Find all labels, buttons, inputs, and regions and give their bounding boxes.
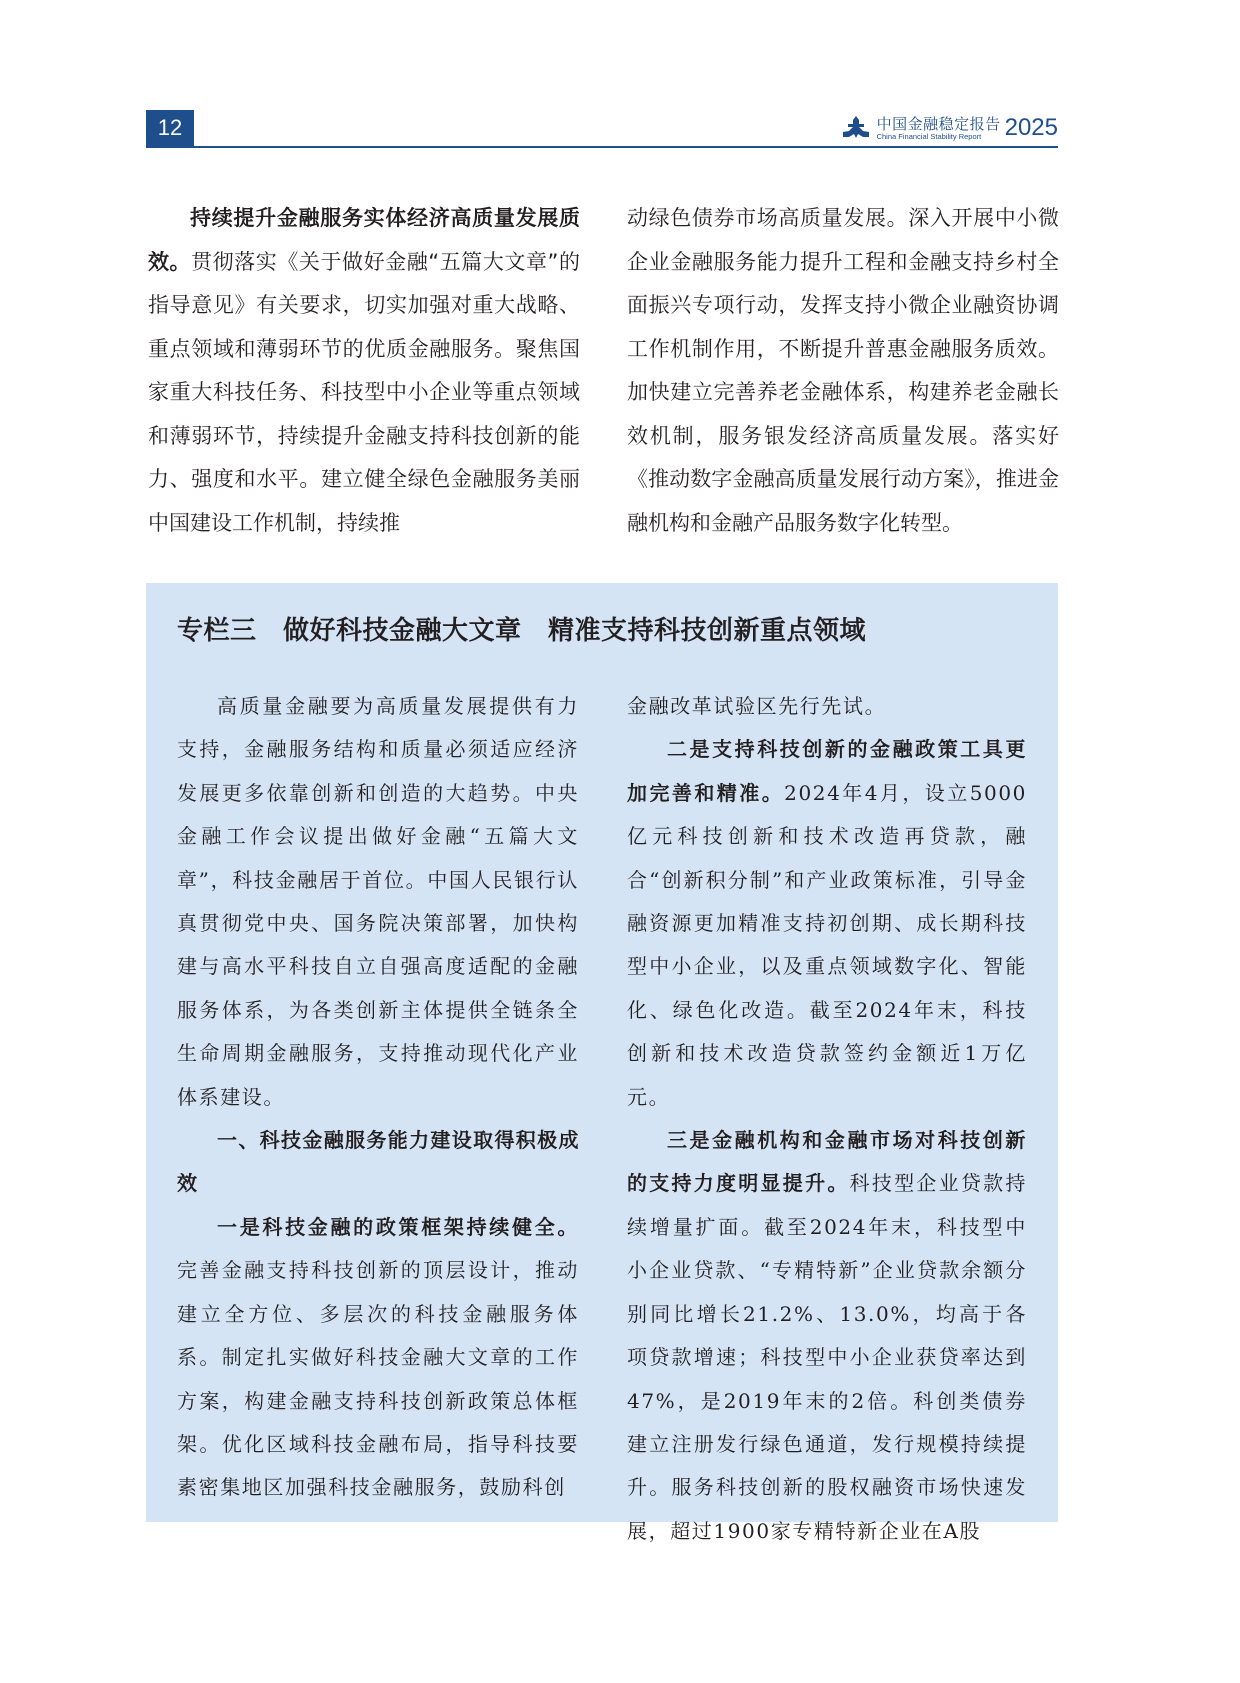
report-year: 2025 [1005,114,1058,142]
page-number: 12 [146,110,194,146]
box-intro-paragraph: 高质量金融要为高质量发展提供有力支持，金融服务结构和质量必须适应经济发展更多依靠… [177,685,579,1119]
point-1-text: 完善金融支持科技创新的顶层设计，推动建立全方位、多层次的科技金融服务体系。制定扎… [177,1258,579,1499]
report-brand: 中国金融稳定报告 China Financial Stability Repor… [841,112,1058,144]
body-paragraph: 动绿色债券市场高质量发展。深入开展中小微企业金融服务能力提升工程和金融支持乡村全… [627,206,1059,535]
point-2-text: 2024年4月，设立5000亿元科技创新和技术改造再贷款，融合“创新积分制”和产… [627,781,1027,1109]
body-right-column: 动绿色债券市场高质量发展。深入开展中小微企业金融服务能力提升工程和金融支持乡村全… [627,197,1059,545]
point-1-bold: 一是科技金融的政策框架持续健全。 [217,1215,579,1239]
body-left-column: 持续提升金融服务实体经济高质量发展质效。贯彻落实《关于做好金融“五篇大文章”的指… [148,197,580,545]
box-left-column: 高质量金融要为高质量发展提供有力支持，金融服务结构和质量必须适应经济发展更多依靠… [177,685,579,1510]
box-title: 专栏三 做好科技金融大文章 精准支持科技创新重点领域 [177,610,866,647]
point-3-text: 科技型企业贷款持续增量扩面。截至2024年末，科技型中小企业贷款、“专精特新”企… [627,1171,1027,1542]
special-column-box: 专栏三 做好科技金融大文章 精准支持科技创新重点领域 高质量金融要为高质量发展提… [146,583,1058,1522]
box-right-column: 金融改革试验区先行先试。 二是支持科技创新的金融政策工具更加完善和精准。2024… [627,685,1027,1553]
body-paragraph: 贯彻落实《关于做好金融“五篇大文章”的指导意见》有关要求，切实加强对重大战略、重… [148,250,580,535]
report-title-cn: 中国金融稳定报告 [877,116,1001,132]
report-title-en: China Financial Stability Report [877,132,1001,141]
continuation-text: 金融改革试验区先行先试。 [627,685,1027,728]
pboc-logo-icon [841,115,871,141]
section-heading: 一、科技金融服务能力建设取得积极成效 [177,1119,579,1206]
page-header: 12 中国金融稳定报告 China Financial Stability Re… [146,110,1058,148]
header-divider [146,146,1058,148]
